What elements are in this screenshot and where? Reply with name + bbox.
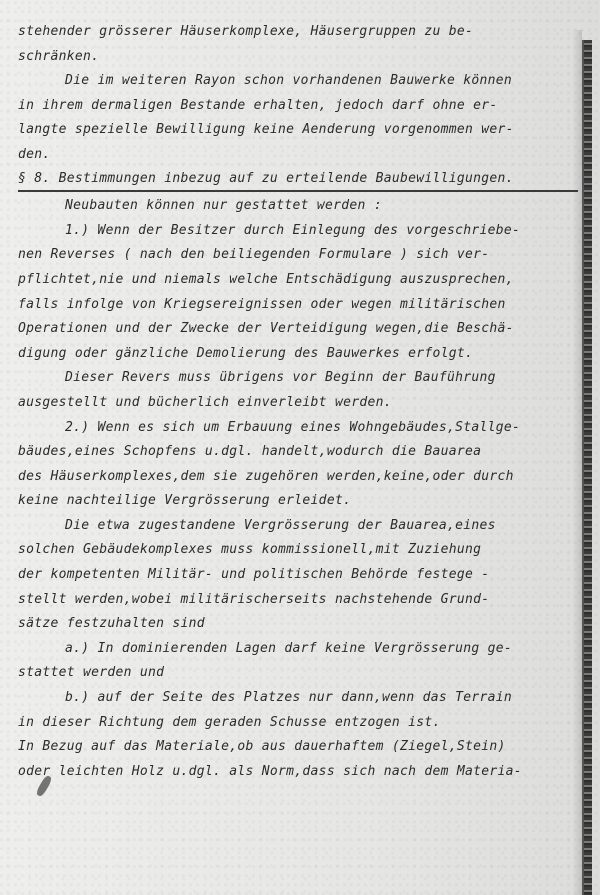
text-line: schränken.: [18, 45, 586, 70]
text-line: digung oder gänzliche Demolierung des Ba…: [18, 342, 586, 367]
text-line: nen Reverses ( nach den beiliegenden For…: [18, 243, 586, 268]
text-line: den.: [18, 143, 586, 168]
text-line: b.) auf der Seite des Platzes nur dann,w…: [18, 686, 586, 711]
text-line: stattet werden und: [18, 661, 586, 686]
text-line: 1.) Wenn der Besitzer durch Einlegung de…: [18, 219, 586, 244]
typewritten-text-body: stehender grösserer Häuserkomplexe, Häus…: [18, 20, 586, 784]
text-line: des Häuserkomplexes,dem sie zugehören we…: [18, 465, 586, 490]
text-line: ausgestellt und bücherlich einverleibt w…: [18, 391, 586, 416]
document-page: stehender grösserer Häuserkomplexe, Häus…: [0, 0, 592, 895]
text-line: keine nachteilige Vergrösserung erleidet…: [18, 489, 586, 514]
text-line: Dieser Revers muss übrigens vor Beginn d…: [18, 366, 586, 391]
text-line: 2.) Wenn es sich um Erbauung eines Wohng…: [18, 416, 586, 441]
text-line: solchen Gebäudekomplexes muss kommission…: [18, 538, 586, 563]
text-line: langte spezielle Bewilligung keine Aende…: [18, 118, 586, 143]
text-line: stehender grösserer Häuserkomplexe, Häus…: [18, 20, 586, 45]
text-line: stellt werden,wobei militärischerseits n…: [18, 588, 586, 613]
text-line: der kompetenten Militär- und politischen…: [18, 563, 586, 588]
text-line: Neubauten können nur gestattet werden :: [18, 194, 586, 219]
text-line: in dieser Richtung dem geraden Schusse e…: [18, 711, 586, 736]
text-line: Operationen und der Zwecke der Verteidig…: [18, 317, 586, 342]
text-line: oder leichten Holz u.dgl. als Norm,dass …: [18, 760, 586, 785]
text-line: Die etwa zugestandene Vergrösserung der …: [18, 514, 586, 539]
text-line: in ihrem dermaligen Bestande erhalten, j…: [18, 94, 586, 119]
text-line: In Bezug auf das Materiale,ob aus dauerh…: [18, 735, 586, 760]
text-line: pflichtet,nie und niemals welche Entschä…: [18, 268, 586, 293]
text-line: Die im weiteren Rayon schon vorhandenen …: [18, 69, 586, 94]
text-line: bäudes,eines Schopfens u.dgl. handelt,wo…: [18, 440, 586, 465]
text-line: sätze festzuhalten sind: [18, 612, 586, 637]
text-line: a.) In dominierenden Lagen darf keine Ve…: [18, 637, 586, 662]
section-heading: § 8. Bestimmungen inbezug auf zu erteile…: [18, 168, 578, 192]
text-line: falls infolge von Kriegsereignissen oder…: [18, 293, 586, 318]
